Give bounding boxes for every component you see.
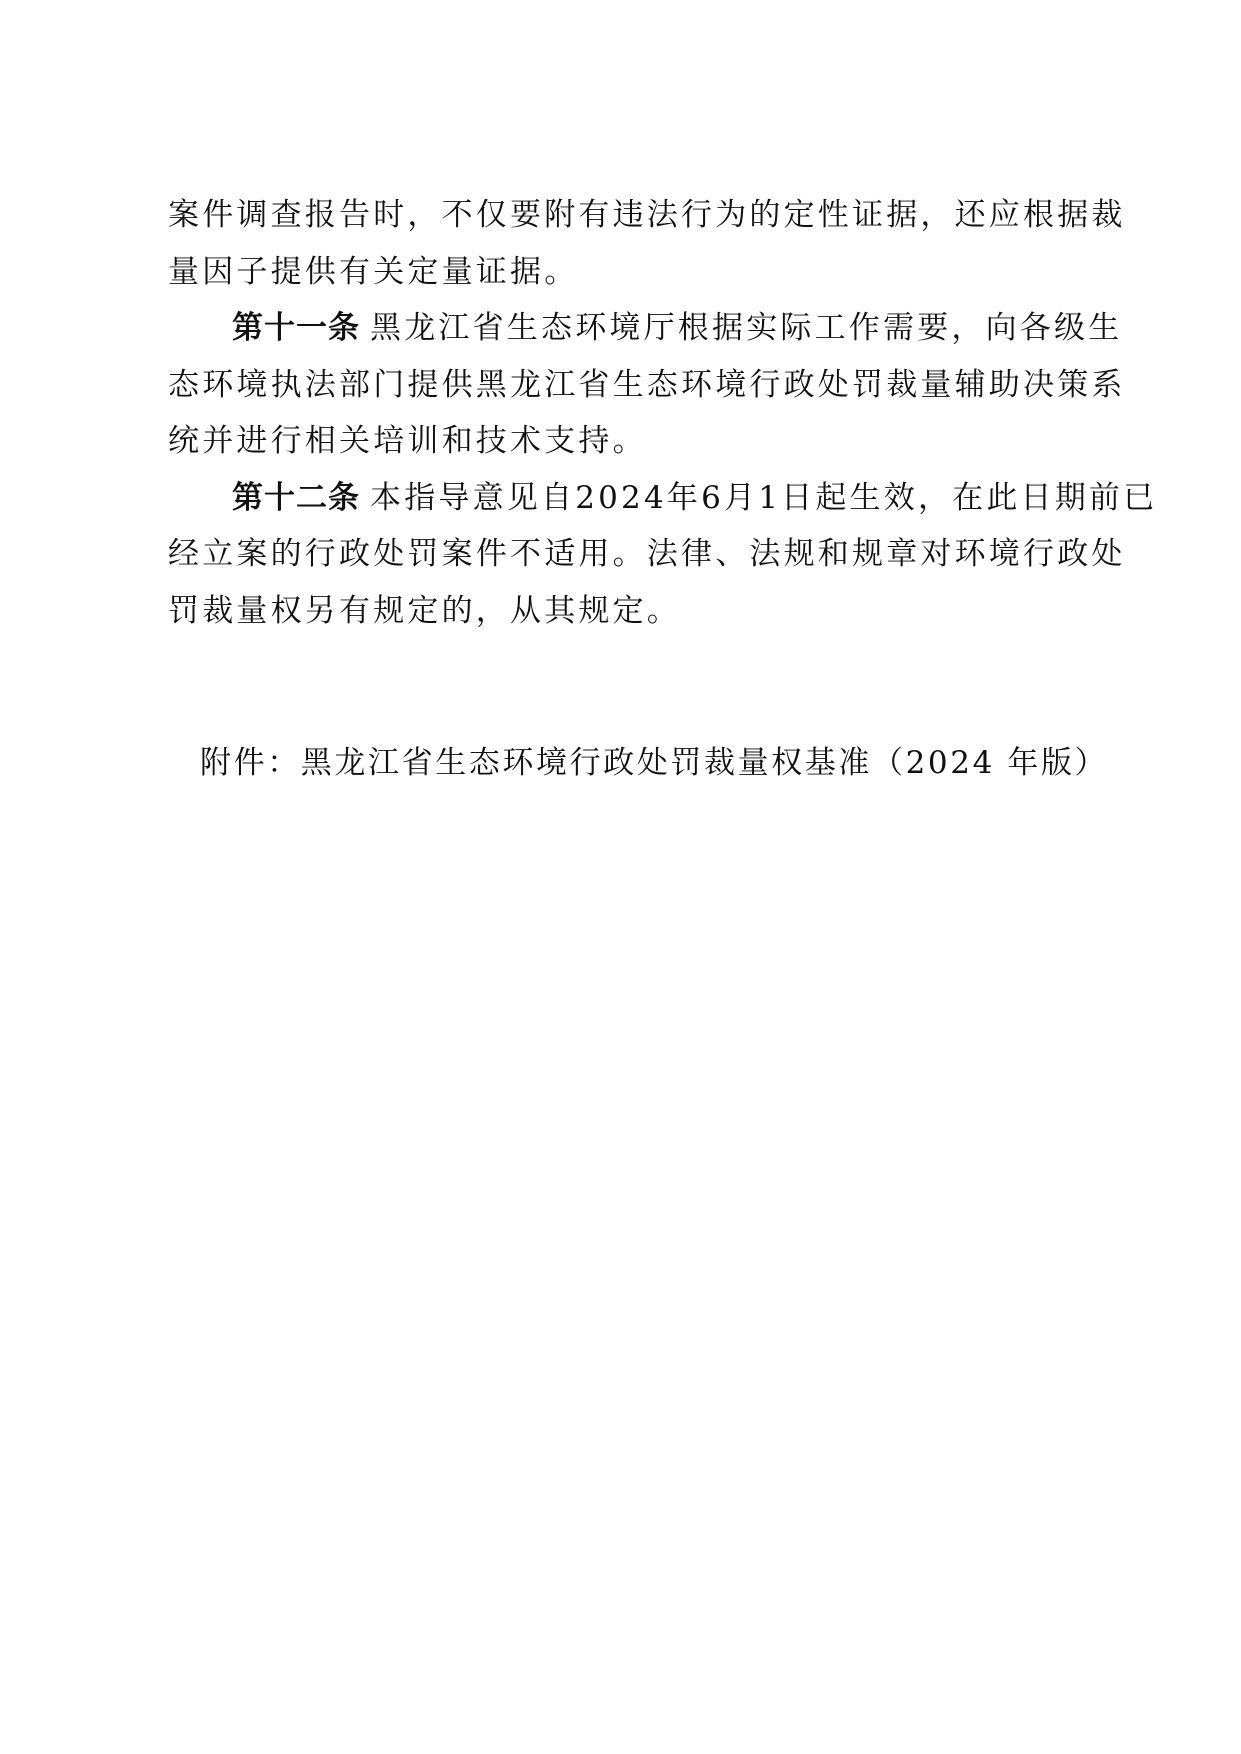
article-text: 本指导意见自2024年6月1日起生效，在此日期前已 (370, 480, 1157, 516)
paragraph-line: 统并进行相关培训和技术支持。 (168, 416, 1078, 473)
paragraph-line: 经立案的行政处罚案件不适用。法律、法规和规章对环境行政处 (168, 529, 1078, 586)
document-page: 案件调查报告时，不仅要附有违法行为的定性证据，还应根据裁 量因子提供有关定量证据… (0, 0, 1241, 1754)
article-12-first-line: 第十二条本指导意见自2024年6月1日起生效，在此日期前已 (168, 473, 1078, 530)
article-text: 黑龙江省生态环境厅根据实际工作需要，向各级生 (370, 310, 1122, 346)
paragraph-line: 态环境执法部门提供黑龙江省生态环境行政处罚裁量辅助决策系 (168, 360, 1078, 417)
paragraph-line: 量因子提供有关定量证据。 (168, 247, 1078, 304)
article-number: 第十一条 (232, 310, 360, 346)
article-11-first-line: 第十一条黑龙江省生态环境厅根据实际工作需要，向各级生 (168, 303, 1078, 360)
attachment-note: 附件：黑龙江省生态环境行政处罚裁量权基准（2024 年版） (200, 738, 1108, 788)
paragraph-line: 案件调查报告时，不仅要附有违法行为的定性证据，还应根据裁 (168, 190, 1078, 247)
document-body: 案件调查报告时，不仅要附有违法行为的定性证据，还应根据裁 量因子提供有关定量证据… (168, 190, 1078, 642)
paragraph-line: 罚裁量权另有规定的，从其规定。 (168, 586, 1078, 643)
article-number: 第十二条 (232, 480, 360, 516)
